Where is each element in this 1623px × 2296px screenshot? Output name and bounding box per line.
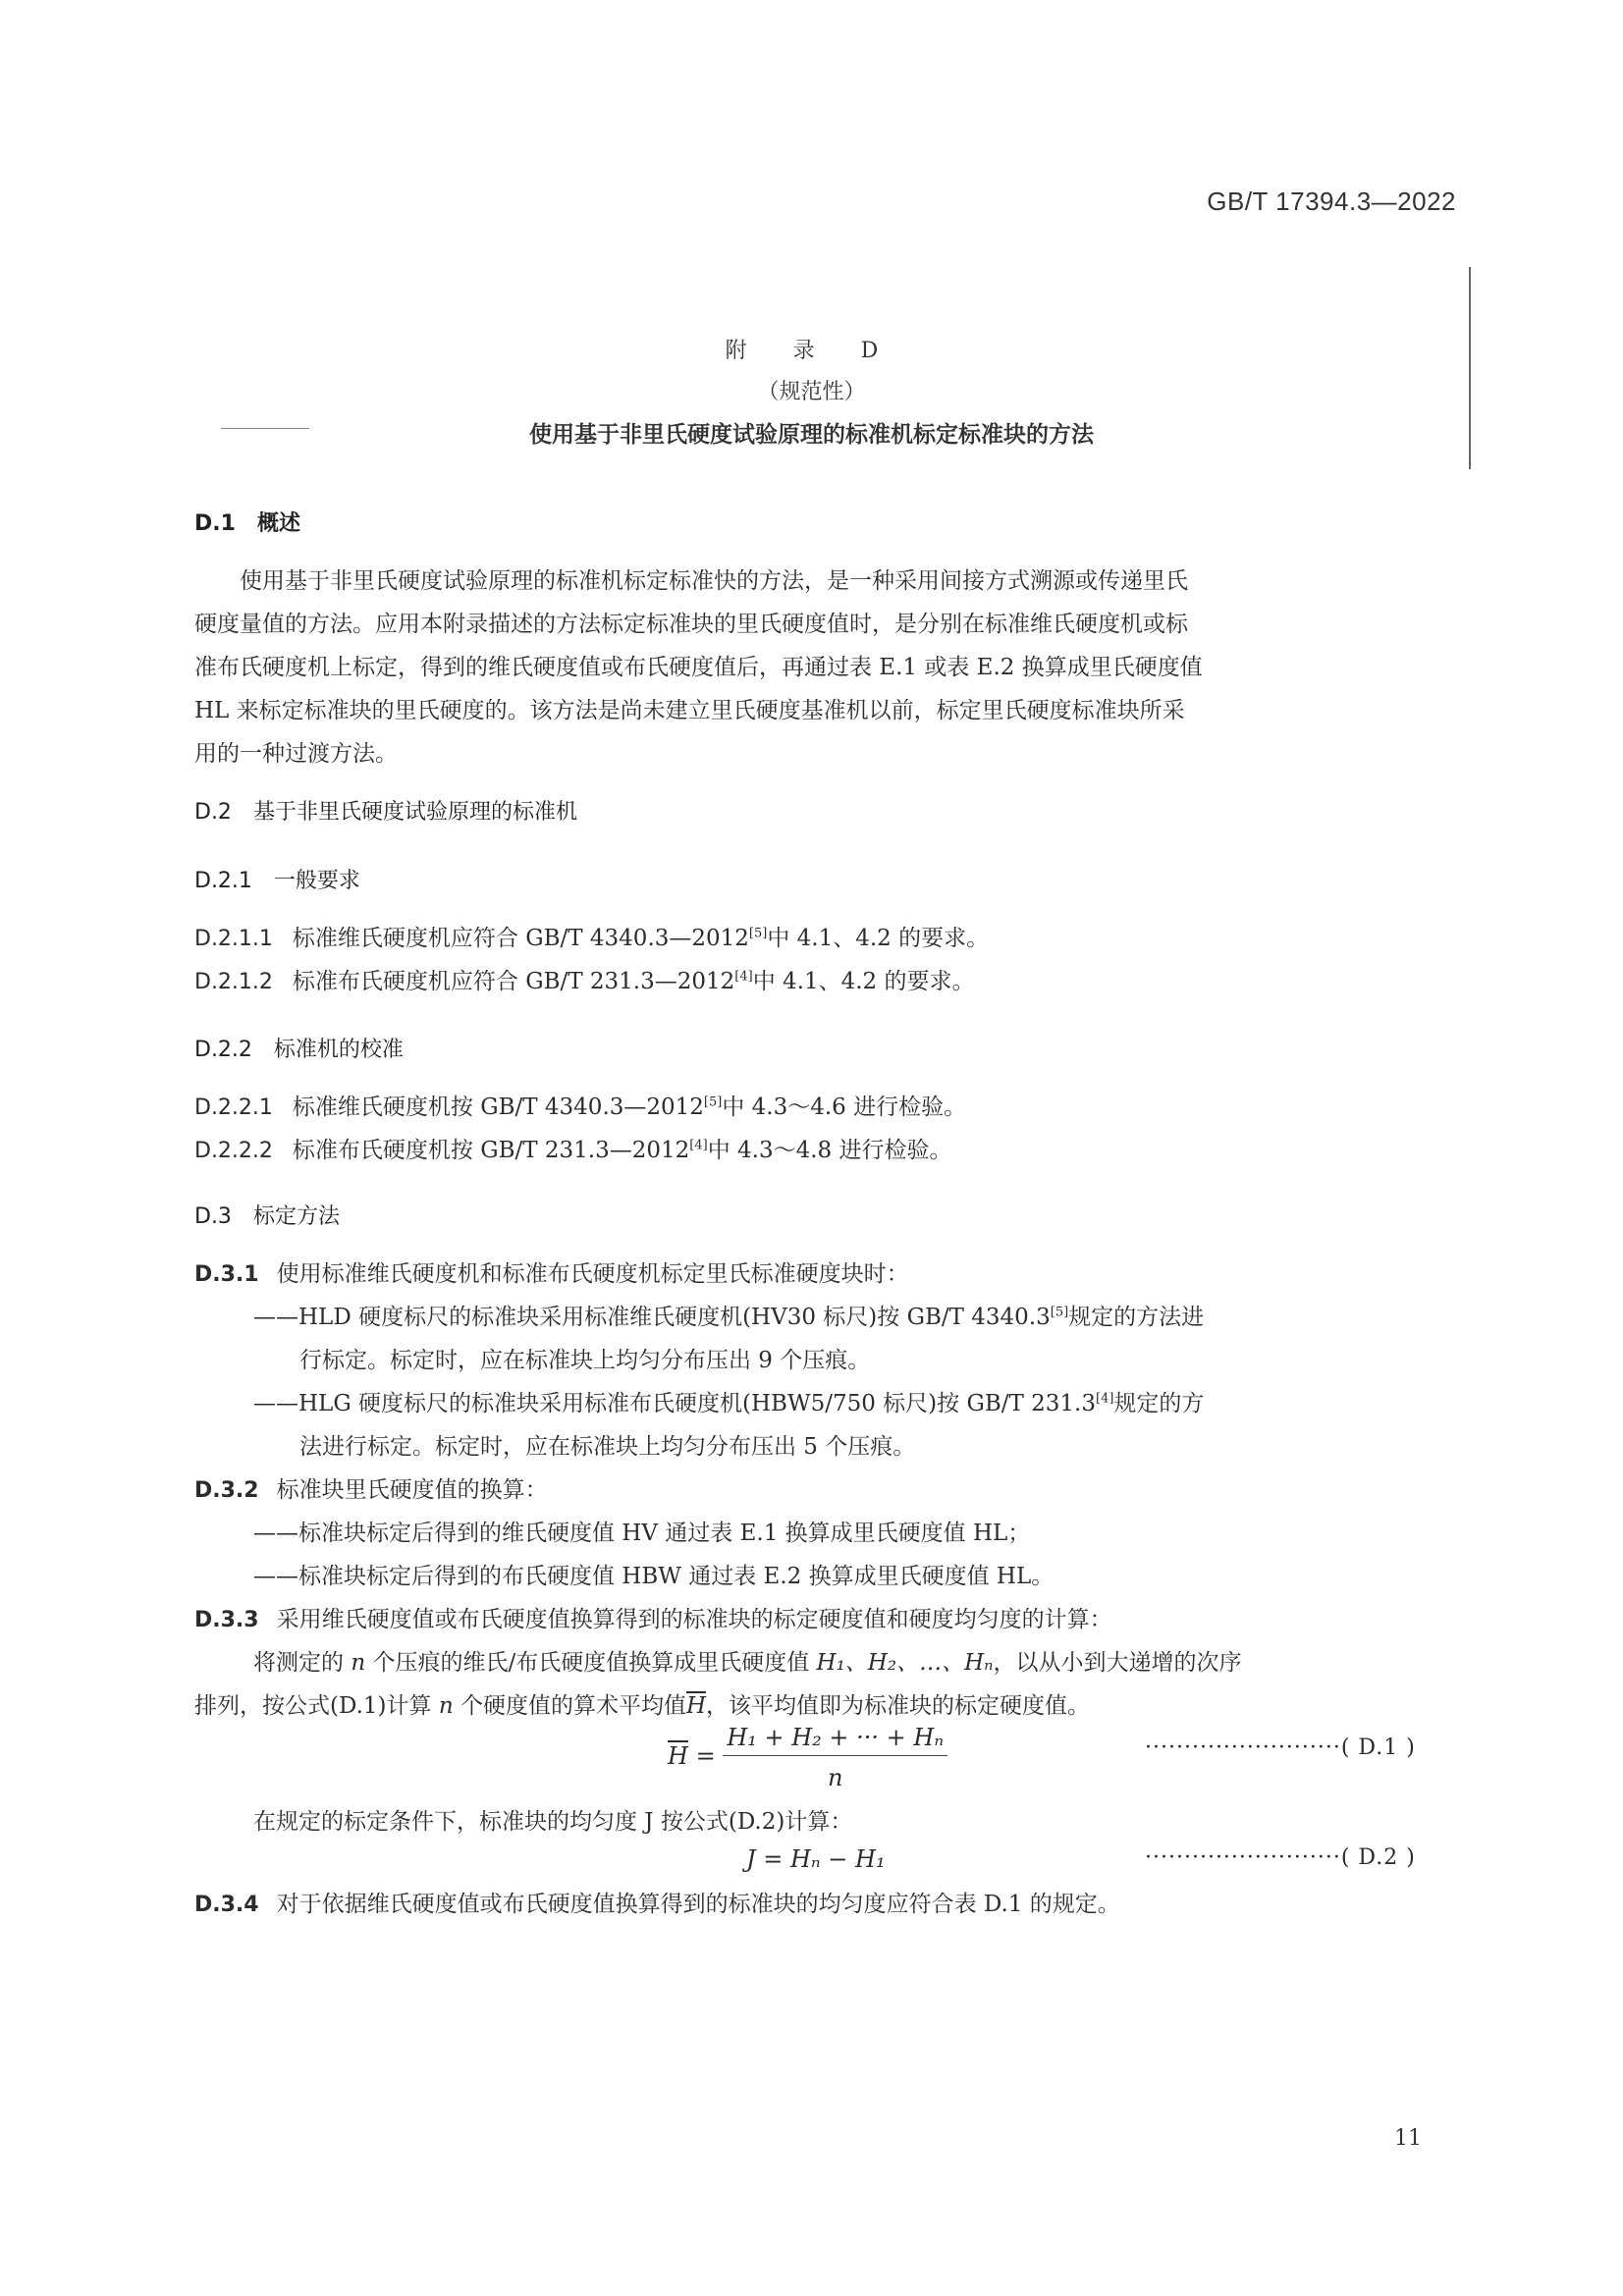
body-line: 硬度量值的方法。应用本附录描述的方法标定标准块的里氏硬度值时，是分别在标准维氏硬… xyxy=(194,603,1471,646)
denominator: n xyxy=(723,1756,947,1791)
reference-marker: [4] xyxy=(1096,1391,1113,1406)
section-heading-d1: D.1概述 xyxy=(194,507,300,537)
clause-d222: D.2.2.2标准布氏硬度机按 GB/T 231.3—2012[4]中 4.3～… xyxy=(194,1129,952,1173)
d33-paragraph-line2: 排列，按公式(D.1)计算 n 个硬度值的算术平均值H，该平均值即为标准块的标定… xyxy=(194,1684,1090,1728)
clause-d221: D.2.2.1标准维氏硬度机按 GB/T 4340.3—2012[5]中 4.3… xyxy=(194,1086,966,1130)
list-item-hlg-cont: 法进行标定。标定时，应在标准块上均匀分布压出 5 个压痕。 xyxy=(299,1425,915,1468)
reference-marker: [5] xyxy=(1051,1305,1068,1319)
list-item-hlg: ——HLG 硬度标尺的标准块采用标准布氏硬度机(HBW5/750 标尺)按 GB… xyxy=(253,1382,1204,1425)
clause-d212: D.2.1.2标准布氏硬度机应符合 GB/T 231.3—2012[4]中 4.… xyxy=(194,960,975,1004)
section-d1-body: 使用基于非里氏硬度试验原理的标准机标定标准快的方法，是一种采用间接方式溯源或传递… xyxy=(194,560,1471,775)
formula-d1: H = H₁ + H₂ + ··· + Hₙn xyxy=(668,1724,947,1791)
numerator: H₁ + H₂ + ··· + Hₙ xyxy=(723,1724,947,1756)
clause-d32: D.3.2标准块里氏硬度值的换算： xyxy=(194,1468,548,1513)
equation-label-d2: ·························( D.2 ) xyxy=(1145,1845,1416,1870)
body-line: 准布氏硬度机上标定，得到的维氏硬度值或布氏硬度值后，再通过表 E.1 或表 E.… xyxy=(194,646,1471,689)
clause-d33: D.3.3采用维氏硬度值或布氏硬度值换算得到的标准块的标定硬度值和硬度均匀度的计… xyxy=(194,1598,1112,1642)
reference-marker: [4] xyxy=(689,1138,707,1152)
clause-d34: D.3.4对于依据维氏硬度值或布氏硬度值换算得到的标准块的均匀度应符合表 D.1… xyxy=(194,1883,1120,1927)
list-item-hv: ——标准块标定后得到的维氏硬度值 HV 通过表 E.1 换算成里氏硬度值 HL； xyxy=(253,1512,1030,1555)
page-number: 11 xyxy=(1394,2126,1422,2151)
reference-marker: [5] xyxy=(704,1095,722,1109)
reference-marker: [4] xyxy=(734,969,752,984)
list-item-hbw: ——标准块标定后得到的布氏硬度值 HBW 通过表 E.2 换算成里氏硬度值 HL… xyxy=(253,1555,1054,1598)
d33-paragraph-line1: 将测定的 n 个压痕的维氏/布氏硬度值换算成里氏硬度值 H₁、H₂、…、Hₙ，以… xyxy=(253,1641,1241,1684)
section-heading-d21: D.2.1一般要求 xyxy=(194,864,360,894)
clause-d211: D.2.1.1标准维氏硬度机应符合 GB/T 4340.3—2012[5]中 4… xyxy=(194,917,989,961)
section-heading-d22: D.2.2标准机的校准 xyxy=(194,1033,404,1063)
formula-d2: J = Hₙ − H₁ xyxy=(746,1845,886,1873)
reference-marker: [5] xyxy=(749,926,767,940)
standard-code: GB/T 17394.3—2022 xyxy=(1080,187,1456,217)
body-line: HL 来标定标准块的里氏硬度的。该方法是尚未建立里氏硬度基准机以前，标定里氏硬度… xyxy=(194,689,1471,732)
body-line: 用的一种过渡方法。 xyxy=(194,732,1471,775)
list-item-hld: ——HLD 硬度标尺的标准块采用标准维氏硬度机(HV30 标尺)按 GB/T 4… xyxy=(253,1296,1204,1339)
section-heading-d3: D.3标定方法 xyxy=(194,1200,340,1230)
mean-symbol: H xyxy=(668,1742,688,1770)
equation-label-d1: ·························( D.1 ) xyxy=(1145,1735,1416,1760)
appendix-title: 附 录 D xyxy=(0,334,1623,364)
appendix-name: 使用基于非里氏硬度试验原理的标准机标定标准块的方法 xyxy=(0,416,1623,449)
appendix-type: （规范性） xyxy=(0,375,1623,405)
fraction: H₁ + H₂ + ··· + Hₙn xyxy=(723,1724,947,1791)
list-item-hld-cont: 行标定。标定时，应在标准块上均匀分布压出 9 个压痕。 xyxy=(299,1339,870,1382)
d33-paragraph-line3: 在规定的标定条件下，标准块的均匀度 J 按公式(D.2)计算： xyxy=(253,1800,852,1843)
body-line: 使用基于非里氏硬度试验原理的标准机标定标准快的方法，是一种采用间接方式溯源或传递… xyxy=(194,560,1471,603)
clause-d31: D.3.1使用标准维氏硬度机和标准布氏硬度机标定里氏标准硬度块时： xyxy=(194,1253,909,1297)
section-heading-d2: D.2基于非里氏硬度试验原理的标准机 xyxy=(194,795,577,826)
